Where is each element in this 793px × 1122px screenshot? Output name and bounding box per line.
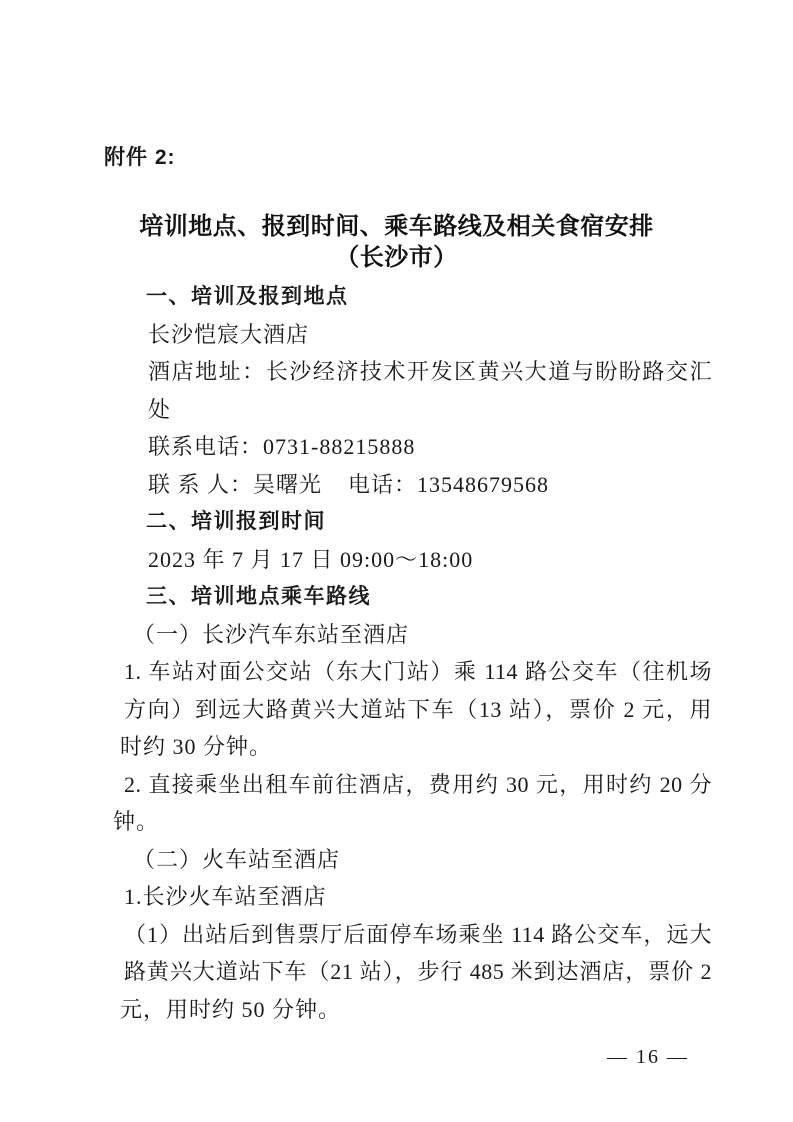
document-page: 附件 2: 培训地点、报到时间、乘车路线及相关食宿安排 （长沙市） 一、培训及报… <box>0 0 793 1122</box>
section-heading-2: 二、培训报到时间 <box>146 509 326 535</box>
hotel-address-line: 处 <box>148 397 171 423</box>
contact-person: 联 系 人：吴曙光 电话：13548679568 <box>148 472 549 498</box>
hotel-name: 长沙恺宸大酒店 <box>148 322 309 348</box>
contact-phone: 联系电话：0731-88215888 <box>148 434 415 460</box>
route-text-line: （1）出站后到售票厅后面停车场乘坐 114 路公交车，远大 <box>124 922 712 948</box>
route-text-line: 时约 30 分钟。 <box>120 734 272 760</box>
registration-time: 2023 年 7 月 17 日 09:00～18:00 <box>148 547 473 573</box>
route-text-line: 路黄兴大道站下车（21 站），步行 485 米到达酒店，票价 2 <box>124 959 712 985</box>
hotel-address-line: 酒店地址：长沙经济技术开发区黄兴大道与盼盼路交汇 <box>148 359 712 385</box>
document-title-line1: 培训地点、报到时间、乘车路线及相关食宿安排 <box>0 206 793 241</box>
page-number: — 16 — <box>598 1046 698 1069</box>
subsection-label-2: （二）火车站至酒店 <box>133 847 340 873</box>
route-text-line: 元，用时约 50 分钟。 <box>120 997 341 1023</box>
route-text-line: 钟。 <box>113 809 159 835</box>
subsection-label-1: （一）长沙汽车东站至酒店 <box>133 622 409 648</box>
route-text-line: 1. 车站对面公交站（东大门站）乘 114 路公交车（往机场 <box>124 659 712 685</box>
section-heading-3: 三、培训地点乘车路线 <box>146 584 371 610</box>
document-title-line2: （长沙市） <box>0 237 793 272</box>
route-text-line: 2. 直接乘坐出租车前往酒店，费用约 30 元，用时约 20 分 <box>124 772 712 798</box>
route-text-line: 方向）到远大路黄兴大道站下车（13 站），票价 2 元，用 <box>124 697 712 723</box>
attachment-label: 附件 2: <box>104 145 176 171</box>
section-heading-1: 一、培训及报到地点 <box>146 284 349 310</box>
route-text-line: 1.长沙火车站至酒店 <box>124 884 327 910</box>
